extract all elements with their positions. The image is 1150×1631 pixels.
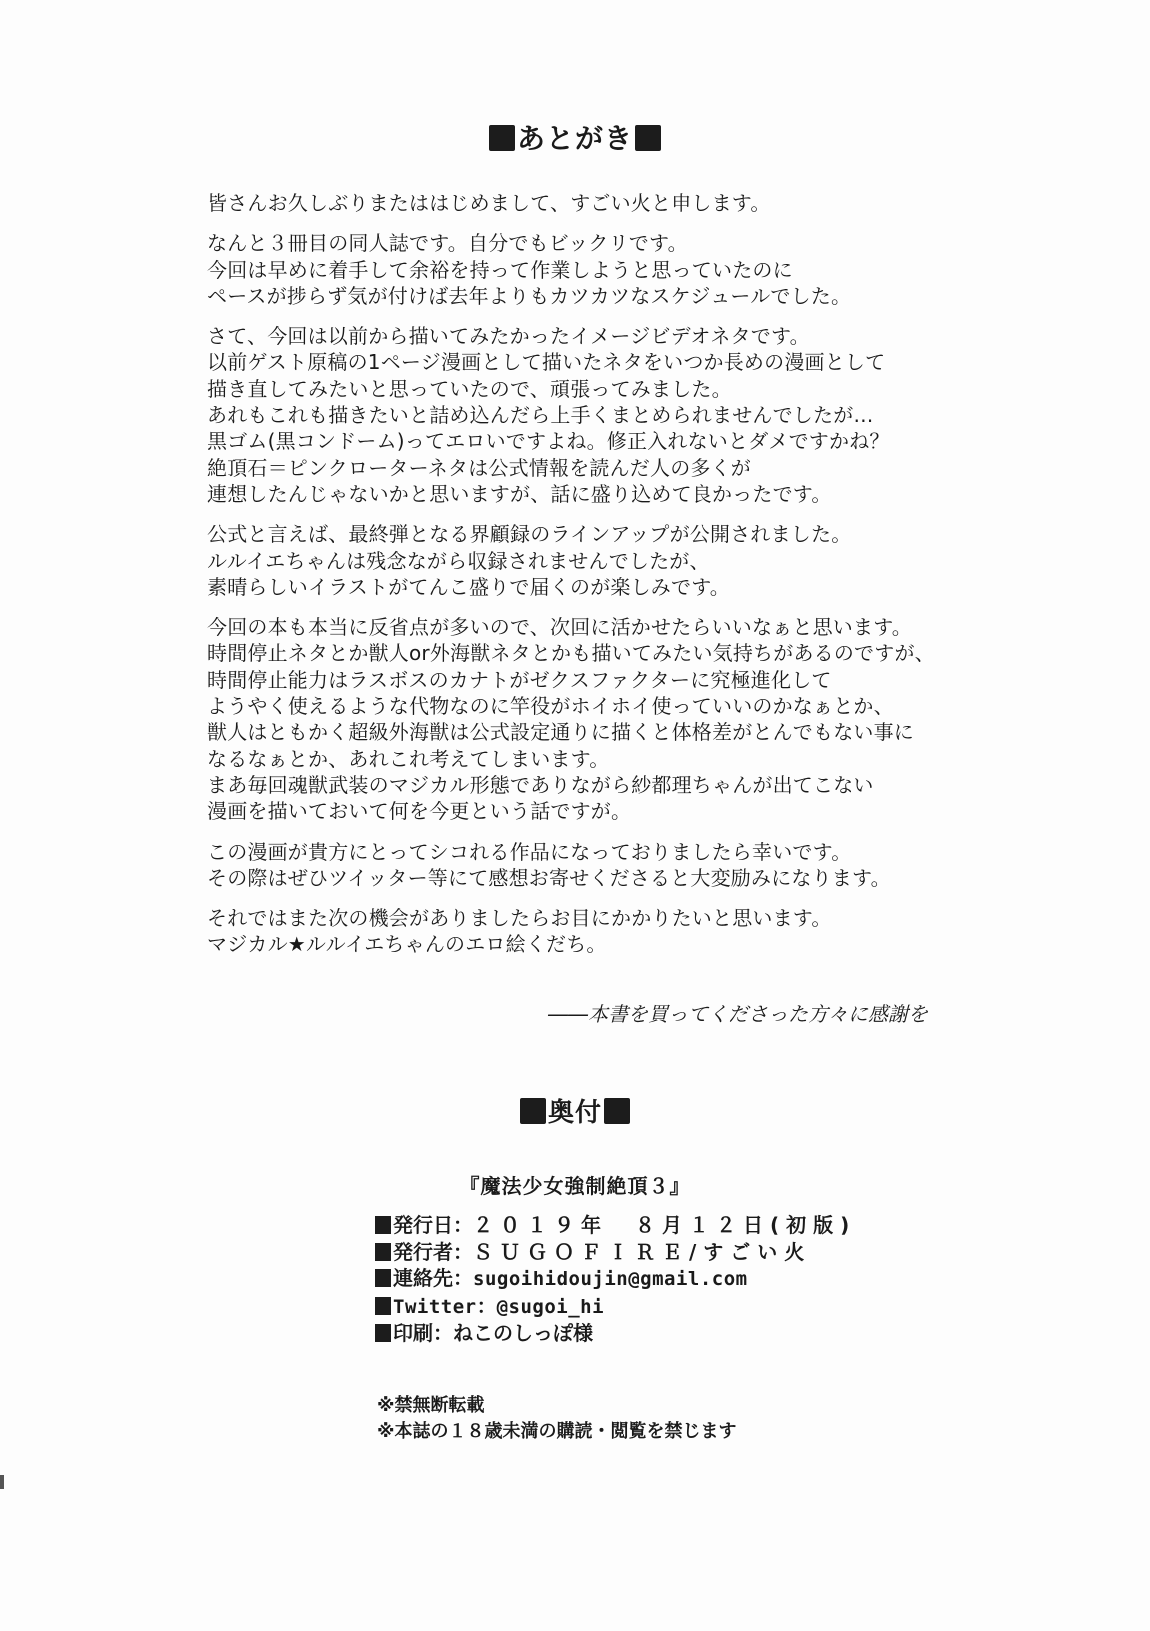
colophon-twitter-handle: @sugoi_hi: [497, 1296, 604, 1318]
colophon-row-twitter: Twitter：@sugoi_hi: [375, 1293, 856, 1321]
square-marker-icon: [489, 125, 515, 151]
text-line: マジカル★ルルイエちゃんのエロ絵くだち。: [207, 931, 947, 957]
colophon-row-publisher: 発行者：ＳＵＧＯＦＩＲＥ/すごい火: [375, 1239, 856, 1266]
colophon-label: 印刷: [393, 1321, 433, 1345]
colophon-separator: ：: [453, 1213, 473, 1237]
square-marker-icon: [604, 1098, 630, 1124]
text-line: 描き直してみたいと思っていたので、頑張ってみました。: [207, 376, 947, 402]
afterword-paragraph-6: この漫画が貴方にとってシコれる作品になっておりましたら幸いです。 その際はぜひツ…: [207, 839, 947, 892]
square-marker-icon: [375, 1324, 391, 1342]
text-line: なるなぁとか、あれこれ考えてしまいます。: [207, 746, 947, 772]
colophon-heading: 奥付: [0, 1096, 1150, 1130]
text-line: なんと３冊目の同人誌です。自分でもビックリです。: [207, 230, 947, 256]
afterword-heading-text: あとがき: [517, 122, 633, 155]
text-line: この漫画が貴方にとってシコれる作品になっておりましたら幸いです。: [207, 839, 947, 865]
text-line: それではまた次の機会がありましたらお目にかかりたいと思います。: [207, 905, 947, 931]
text-line: さて、今回は以前から描いてみたかったイメージビデオネタです。: [207, 323, 947, 349]
text-line: あれもこれも描きたいと詰め込んだら上手くまとめられませんでしたが…: [207, 402, 947, 428]
colophon-label: Twitter: [393, 1296, 477, 1318]
text-line: ペースが捗らず気が付けば去年よりもカツカツなスケジュールでした。: [207, 283, 947, 309]
text-line: 以前ゲスト原稿の1ページ漫画として描いたネタをいつか長めの漫画として: [207, 349, 947, 375]
square-marker-icon: [375, 1243, 391, 1261]
afterword-paragraph-5: 今回の本も本当に反省点が多いので、次回に活かせたらいいなぁと思います。 時間停止…: [207, 614, 947, 824]
text-line: 公式と言えば、最終弾となる界顧録のラインアップが公開されました。: [207, 521, 947, 547]
text-line: 今回の本も本当に反省点が多いので、次回に活かせたらいいなぁと思います。: [207, 614, 947, 640]
afterword-paragraph-2: なんと３冊目の同人誌です。自分でもビックリです。 今回は早めに着手して余裕を持っ…: [207, 230, 947, 309]
text-line: 時間停止ネタとか獣人or外海獣ネタとかも描いてみたい気持ちがあるのですが、: [207, 640, 947, 666]
colophon-separator: ：: [453, 1266, 473, 1290]
text-line: その際はぜひツイッター等にて感想お寄せくださると大変励みになります。: [207, 865, 947, 891]
colophon-row-printer: 印刷：ねこのしっぽ様: [375, 1320, 856, 1347]
book-title: 『魔法少女強制絶頂３』: [0, 1170, 1150, 1199]
text-line: 今回は早めに着手して余裕を持って作業しようと思っていたのに: [207, 257, 947, 283]
text-line: 絶頂石＝ピンクローターネタは公式情報を読んだ人の多くが: [207, 455, 947, 481]
colophon-separator: ：: [453, 1240, 473, 1264]
note-no-reproduction: ※禁無断転載: [377, 1393, 737, 1419]
colophon-label: 連絡先: [393, 1266, 453, 1290]
colophon-notes: ※禁無断転載 ※本誌の１８歳未満の購読・閲覧を禁じます: [377, 1393, 737, 1445]
afterword-signature: ――本書を買ってくださった方々に感謝を: [548, 998, 928, 1027]
square-marker-icon: [520, 1098, 546, 1124]
afterword-paragraph-4: 公式と言えば、最終弾となる界顧録のラインアップが公開されました。 ルルイエちゃん…: [207, 521, 947, 600]
colophon-email: sugoihidoujin@gmail.com: [473, 1268, 748, 1290]
text-line: 皆さんお久しぶりまたははじめまして、すごい火と申します。: [207, 190, 947, 216]
square-marker-icon: [375, 1216, 391, 1234]
colophon-label: 発行日: [393, 1213, 453, 1237]
colophon-value: ＳＵＧＯＦＩＲＥ/すごい火: [473, 1240, 811, 1264]
colophon-heading-text: 奥付: [548, 1098, 602, 1128]
square-marker-icon: [375, 1269, 391, 1287]
text-line: ルルイエちゃんは残念ながら収録されませんでしたが、: [207, 548, 947, 574]
text-line: 獣人はともかく超級外海獣は公式設定通りに描くと体格差がとんでもない事に: [207, 719, 947, 745]
document-page: あとがき 皆さんお久しぶりまたははじめまして、すごい火と申します。 なんと３冊目…: [0, 0, 1150, 1631]
afterword-heading: あとがき: [0, 122, 1150, 156]
text-line: 黒ゴム(黒コンドーム)ってエロいですよね。修正入れないとダメですかね？: [207, 428, 947, 454]
text-line: 素晴らしいイラストがてんこ盛りで届くのが楽しみです。: [207, 574, 947, 600]
afterword-paragraph-3: さて、今回は以前から描いてみたかったイメージビデオネタです。 以前ゲスト原稿の1…: [207, 323, 947, 507]
colophon-row-publish-date: 発行日：２０１９年 ８月１２日(初版): [375, 1212, 856, 1239]
colophon-value: ねこのしっぽ様: [453, 1321, 593, 1345]
colophon-separator: ：: [477, 1294, 497, 1318]
afterword-body: 皆さんお久しぶりまたははじめまして、すごい火と申します。 なんと３冊目の同人誌で…: [207, 190, 947, 972]
square-marker-icon: [635, 125, 661, 151]
colophon-label: 発行者: [393, 1240, 453, 1264]
colophon-value: ２０１９年 ８月１２日(初版): [473, 1213, 856, 1237]
colophon-separator: ：: [433, 1321, 453, 1345]
text-line: 連想したんじゃないかと思いますが、話に盛り込めて良かったです。: [207, 481, 947, 507]
text-line: まあ毎回魂獣武装のマジカル形態でありながら紗都理ちゃんが出てこない: [207, 772, 947, 798]
afterword-paragraph-1: 皆さんお久しぶりまたははじめまして、すごい火と申します。: [207, 190, 947, 216]
colophon-list: 発行日：２０１９年 ８月１２日(初版) 発行者：ＳＵＧＯＦＩＲＥ/すごい火 連絡…: [375, 1212, 856, 1347]
text-line: 時間停止能力はラスボスのカナトがゼクスファクターに究極進化して: [207, 667, 947, 693]
note-age-restriction: ※本誌の１８歳未満の購読・閲覧を禁じます: [377, 1419, 737, 1445]
scan-edge-mark: [0, 1475, 4, 1489]
colophon-row-contact: 連絡先：sugoihidoujin@gmail.com: [375, 1265, 856, 1293]
square-marker-icon: [375, 1297, 391, 1315]
text-line: ようやく使えるような代物なのに竿役がホイホイ使っていいのかなぁとか、: [207, 693, 947, 719]
text-line: 漫画を描いておいて何を今更という話ですが。: [207, 798, 947, 824]
afterword-paragraph-7: それではまた次の機会がありましたらお目にかかりたいと思います。 マジカル★ルルイ…: [207, 905, 947, 958]
